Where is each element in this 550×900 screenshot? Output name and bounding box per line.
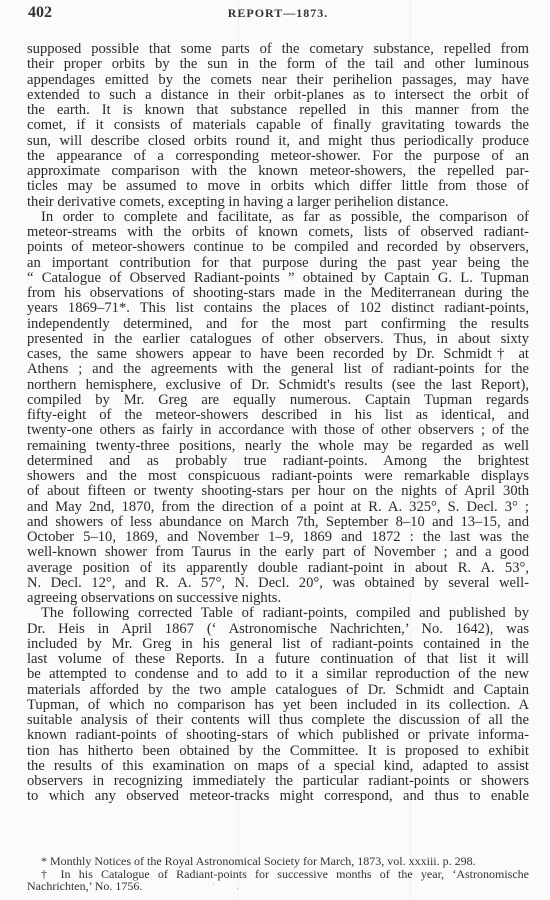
footnote: † In his Catalogue of Radiant-points for… xyxy=(27,868,529,893)
paragraph: In order to complete and facilitate, as … xyxy=(27,210,529,607)
text-line: to which any observed meteor-tracks migh… xyxy=(27,789,529,804)
text-line: compiled by Mr. Greg are equally numerou… xyxy=(27,393,529,408)
text-line: cases, the same showers appear to have b… xyxy=(27,347,529,362)
text-line: and showers of less abundance on March 7… xyxy=(27,515,529,530)
text-line: the earth. It is known that substance re… xyxy=(27,103,529,118)
text-line: N. Decl. 12°, and R. A. 57°, N. Decl. 20… xyxy=(27,576,529,591)
text-line: presented in the earlier catalogues of o… xyxy=(27,332,529,347)
footnotes: * Monthly Notices of the Royal Astronomi… xyxy=(27,855,529,893)
text-line: of about fifteen or twenty shooting-star… xyxy=(27,484,529,499)
text-line: Tupman, of which no comparison has yet b… xyxy=(27,698,529,713)
text-line: agreeing observations on successive nigh… xyxy=(27,591,529,606)
text-line: Dr. Heis in April 1867 (‘ Astronomische … xyxy=(27,622,529,637)
text-line: approximate comparison with the known me… xyxy=(27,164,529,179)
document-page: 402 REPORT—1873. supposed possible that … xyxy=(0,0,550,900)
running-head: 402 REPORT—1873. xyxy=(28,4,528,24)
paragraph: supposed possible that some parts of the… xyxy=(27,42,529,210)
text-line: materials afforded by the two ample cata… xyxy=(27,683,529,698)
text-line: fifty-eight of the meteor-showers descri… xyxy=(27,408,529,423)
text-line: observers in recognizing immediately the… xyxy=(27,774,529,789)
text-line: be attempted to condense and to add to i… xyxy=(27,667,529,682)
text-line: determined and as probably true radiant-… xyxy=(27,454,529,469)
text-line: known radiant-points of shooting-stars o… xyxy=(27,728,529,743)
text-line: and May 2nd, 1870, from the direction of… xyxy=(27,500,529,515)
text-line: extended to such a distance in their orb… xyxy=(27,88,529,103)
text-line: showers and the most conspicuous radiant… xyxy=(27,469,529,484)
text-line: an important contribution for that purpo… xyxy=(27,256,529,271)
footnote: * Monthly Notices of the Royal Astronomi… xyxy=(27,855,529,868)
text-line: included by Mr. Greg in his general list… xyxy=(27,637,529,652)
running-title-text: REPORT—1873. xyxy=(228,6,329,20)
text-line: independently determined, and for the mo… xyxy=(27,317,529,332)
body-text: supposed possible that some parts of the… xyxy=(27,42,529,805)
text-line: comet, if it consists of materials capab… xyxy=(27,118,529,133)
text-line: remaining twenty-three positions, nearly… xyxy=(27,439,529,454)
text-line: years 1869–71*. This list contains the p… xyxy=(27,301,529,316)
text-line: last volume of these Reports. In a futur… xyxy=(27,652,529,667)
text-line: their derivative comets, excepting in ha… xyxy=(27,195,529,210)
text-line: suitable analysis of their contents will… xyxy=(27,713,529,728)
text-line: points of meteor-showers continue to be … xyxy=(27,240,529,255)
text-line: average position of its apparently doubl… xyxy=(27,561,529,576)
text-line: tion has hitherto been obtained by the C… xyxy=(27,744,529,759)
footnote-line: * Monthly Notices of the Royal Astronomi… xyxy=(27,855,529,868)
text-line: The following corrected Table of radiant… xyxy=(27,606,529,621)
text-line: well-known shower from Taurus in the ear… xyxy=(27,545,529,560)
text-line: from his observations of shooting-stars … xyxy=(27,286,529,301)
running-title: REPORT—1873. xyxy=(28,5,528,21)
text-line: sun, will describe closed orbits round i… xyxy=(27,134,529,149)
text-line: meteor-streams with the orbits of known … xyxy=(27,225,529,240)
footnote-line: Nachrichten,’ No. 1756. xyxy=(27,880,529,893)
scan-speck xyxy=(237,888,238,889)
scan-speck xyxy=(213,884,214,885)
text-line: the results of this examination on maps … xyxy=(27,759,529,774)
text-line: their proper orbits by the sun in the fo… xyxy=(27,57,529,72)
paragraph: The following corrected Table of radiant… xyxy=(27,606,529,804)
text-line: appendages emitted by the comets near th… xyxy=(27,73,529,88)
text-line: northern hemisphere, exclusive of Dr. Sc… xyxy=(27,378,529,393)
text-line: twenty-one others as fairly in accordanc… xyxy=(27,423,529,438)
text-line: “ Catalogue of Observed Radiant-points ”… xyxy=(27,271,529,286)
text-line: In order to complete and facilitate, as … xyxy=(27,210,529,225)
text-line: supposed possible that some parts of the… xyxy=(27,42,529,57)
text-line: the appearance of a corresponding meteor… xyxy=(27,149,529,164)
text-line: Athens ; and the agreements with the gen… xyxy=(27,362,529,377)
text-line: October 5–10, 1869, and November 1–9, 18… xyxy=(27,530,529,545)
text-line: ticles may be assumed to move in orbits … xyxy=(27,179,529,194)
